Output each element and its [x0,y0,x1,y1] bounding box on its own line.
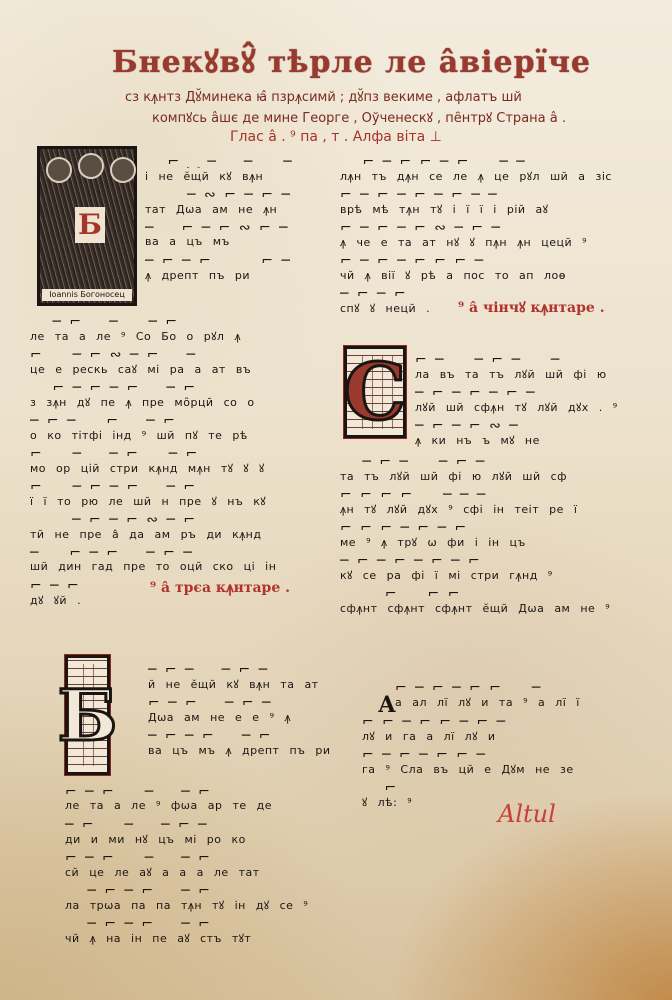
lyric-row: ва цъ мъ ꙟ дрепт пъ ри [148,743,323,758]
music-line: ─ ⌐ ─ ⌐ ⁀ ─ ⌐ва цъ мъ ꙟ дрепт пъ ри [148,726,323,759]
neume-row: ⌐ ─ ⌐ ─ ⌐ ⌐ ⌐ ─ [340,255,640,267]
lyric-row: сфꙟнт сфꙟнт сфꙟнт ӗщй Дѡа ам не ⁹ [340,601,640,616]
music-line: ─ ⌐ ─ ⌐ ⌒ ⁀ ⌐ ─ꙟ дрепт пъ ри [145,251,325,284]
alleluia-section: ⌐ ─ ⌐ ─ ⌐ ⌐ ⌒ ─а ал лї лꙋ и та ⁹ а лї ї [395,678,645,711]
lyric-row: о ко тітфі інд ⁹ шй пꙋ те рѣ [30,428,320,443]
neume-row: ⌒ ⌐ ─ ⌐ ⌐ ─ ⌐ ⌒ ─ ─ [340,156,640,168]
neume-row: ⌐ ─ ⌐ ─ ⌐ ⌐ ─ [362,749,647,761]
music-line: ⌐ ─ ⌐дꙋ ꙋй . ⁹ а̂ трєа кꙟнтаре . [30,576,320,602]
music-line: ⌐ ⌐ ⌐ ⌐ ⌒ ─ ─ ─ꙟн тꙋ лꙋй дꙋх ⁹ сфі ін те… [340,485,640,518]
neume-row: ─ ⁀ ⌐ ─ ⌐ ∾ ⌐ ─ [145,222,325,234]
music-line: ⌒ ─ ⌐ ─ ⌐ ⁀ ─ ⌐чй ꙟ на ін пе аꙋ стъ тꙋт [65,914,325,947]
music-line: ⌐ ─ ⌐ ⌒ ─ ⁀ ─ ⌐сй це ле аꙋ а а а ле тат [65,848,325,881]
lyric-row: ла въ та тъ лꙋй шй фі ю [415,367,645,382]
music-line: ⌐ ─ ⌐ ─ ⌐ ⌐ ⌒ ─а ал лї лꙋ и та ⁹ а лї ї [395,678,645,711]
music-line: ⌐ ─ ⌐ ─ ⌐ ⌐ ⌐ ─чй ꙟ вії ꙋ рѣ а пос то ап… [340,251,640,284]
brick-initial-c: С [344,346,406,438]
lyric-row: лꙟн тъ дꙟн се ле ꙟ це рꙋл шй а зіс [340,169,640,184]
neume-row: ⌐ ─ ⌐ ⌒ ─ ⁀ ─ ⌐ [65,786,325,798]
neume-row: ⌒ ─ ⌐ ⁀ ─ ⌒ ─ ⌐ ⌒ [30,316,320,328]
music-line: ⌒ ⌐ ─ ⌐ ⌐ ─ ⌐ ⌒ ─ ─лꙟн тъ дꙟн се ле ꙟ це… [340,152,640,185]
lyric-row: й не ӗщй кꙋ вꙟн та ат [148,677,323,692]
neume-row: ⌒ ⌐ [362,782,442,794]
neume-row: ─ ⌐ ─ ⁀ ─ ⌐ ─ [148,664,323,676]
lyric-row: кꙋ се ра фі ї мі стри гꙟнд ⁹ [340,568,640,583]
lyric-row: ꙟн тꙋ лꙋй дꙋх ⁹ сфі ін теіт ре ї [340,502,640,517]
lyric-row: врѣ мѣ тꙟн тꙋ і ї ї і рій аꙋ [340,202,640,217]
music-line: ⌐ ─ ⌐ ⁀ ─ ⌐ ─Дѡа ам не е е ⁹ ꙟ [148,693,323,726]
lyric-row: лꙋ и га а лї лꙋ и [362,729,647,744]
lyric-row: ꙟ ки нъ ъ мꙋ не [415,433,645,448]
music-line: ─ ⌐ ─ ⌒ ⌐ ⁀ ─ ⌐ ⌒о ко тітфі інд ⁹ шй пꙋ … [30,411,320,444]
lyric-row: тат Дѡа ам не ꙟн [145,202,325,217]
neume-row: ⌐ ─ ⌐ [30,580,140,592]
music-line: ⌐ ⌐ ─ ⌐ ⌐ ─ ⌐ ─лꙋ и га а лї лꙋ и [362,712,647,745]
neume-row: ─ ⌐ ─ ⌐ ⁀ ─ ⌐ [148,730,323,742]
woodcut-illustration: Б Ioannis Богоносец [37,146,137,306]
neume-row: ⌐ ─ ⌒ ─ ⌐ ─ ⌒ ─ [415,354,645,366]
lyric-row: га ⁹ Сла въ цй е Дꙋм не зе [362,762,647,777]
right-column-third-hymn: ⌐ ─ ⌒ ─ ⌐ ─ ⌒ ─ла въ та тъ лꙋй шй фі ю ─… [415,350,645,449]
lyric-row: ꙟ че е та ат нꙋ ꙋ пꙟн ꙟн цецй ⁹ [340,235,640,250]
lyric-row: ле та а ле ⁹ фѡа ар те де [65,799,325,812]
music-line: ⌐ ⌒ ─ ⁀ ─ ⌐ ⌒ ─ ⌐мо ор цій стри кꙟнд мꙟн… [30,444,320,477]
music-line: ⌐ ─ ⌐ ─ ⌐ ∾ ─ ⌐ ─ꙟ че е та ат нꙋ ꙋ пꙟн ꙟ… [340,218,640,251]
neume-row: ⌐ ⌒ ─ ⁀ ─ ⌐ ⌒ ─ ⌐ [30,448,320,460]
lyric-row: ва а цъ мъ [145,235,325,248]
neume-row: ⌒ ⌐ ─ ⌐ ─ ⌐ ⁀ ─ ⌐ [30,382,320,394]
music-line: ─ ⌐ ─ ⁀ ─ ⌐ ─й не ӗщй кꙋ вꙟн та ат [148,660,323,693]
saint-halo-icon [110,157,136,183]
music-line: ⌐ ─ ⌒ ─ ⌐ ─ ⌒ ─ла въ та тъ лꙋй шй фі ю [415,350,645,383]
lyric-row: шй дин гад пре то оцй ско ці ін [30,560,320,573]
neume-row: ⌒ ⁀ ─ ∾ ⌐ ─ ⌐ ─ [145,189,325,201]
music-line: ⌒ ⌐ ‿ ─ ⁀ ─ ⌒ ─і не ӗщй кꙋ вꙟн [145,152,325,185]
subtitle-line-2: компꙋсь а̂шє де мине Георге , Оўченескꙋ … [152,108,652,126]
neume-row: ⌐ ─ ⌐ ─ ⌐ ∾ ─ ⌐ ─ [340,222,640,234]
subtitle-line-1: сз кꙟнтз Дꙋ̆минека ꙗ̂ пзрꙟсимй ; дꙋ̆пз в… [125,87,645,105]
neume-row: ─ ⌐ ⌒ ─ ⁀ ─ ⌐ ─ [65,819,325,831]
lyric-row: з зꙟн дꙋ пе ꙟ пре мо̑рцй со о [30,395,320,410]
angel-halo-icon [78,153,104,179]
neume-row: ⌐ ─ ⌐ ⁀ ─ ⌐ ─ [148,697,323,709]
music-line: ⌒ ─ ⌐ ─ ⌐ ⁀ ─ ⌐ла трѡа па па тꙟн тꙋ ін д… [65,881,325,914]
left-column-continued: ⌒ ─ ⌐ ⁀ ─ ⌒ ─ ⌐ ⌒ле та а ле ⁹ Со Бо о рꙋ… [30,312,320,602]
manuscript-page: Бнекꙋвꙋ̂ тѣрле ле а̂віерїче сз кꙟнтз Дꙋ̆… [0,0,672,1000]
lyric-row: Дѡа ам не е е ⁹ ꙟ [148,710,323,725]
music-line: ⌐ ─ ⌐ ─ ⌐ ─ ⌐ ─ ─врѣ мѣ тꙟн тꙋ і ї ї і р… [340,185,640,218]
music-line: ⌐ ─ ⌐ ⌒ ─ ⁀ ─ ⌐ле та а ле ⁹ фѡа ар те де [65,782,325,815]
lyric-row: а ал лї лꙋ и та ⁹ а лї ї [395,695,645,710]
neume-row: ⌐ ─ ⌐ ⌒ ─ ⁀ ─ ⌐ [65,852,325,864]
music-line: ⌒ ─ ⌐ ─ ⌒ ─ ⌐ ─та тъ лꙋй шй фі ю лꙋй шй … [340,452,640,485]
music-line: ⌒ ⌐ ─ ⌐ ─ ⌐ ⁀ ─ ⌐з зꙟн дꙋ пе ꙟ пре мо̑рц… [30,378,320,411]
right-column: ⌒ ⌐ ─ ⌐ ⌐ ─ ⌐ ⌒ ─ ─лꙟн тъ дꙟн се ле ꙟ це… [340,152,640,317]
altul-annotation: Altul [498,800,556,828]
music-line: ─ ⁀ ⌐ ─ ⌐ ∾ ⌐ ─ва а цъ мъ [145,218,325,251]
neume-row: ⌐ ⌒ ─ ⌐ ─ ⌐ ⁀ ─ ⌐ [30,481,320,493]
left-column-second-hymn-continued: ⌐ ─ ⌐ ⌒ ─ ⁀ ─ ⌐ле та а ле ⁹ фѡа ар те де… [65,782,325,947]
neume-row: ⌐ ─ ⌐ ─ ⌐ ⌐ ⌒ ─ [395,682,645,694]
neume-row: ⌒ ─ ⌐ ─ ⌐ ⁀ ─ ⌐ [65,885,325,897]
neume-row: ⌐ ⌐ ─ ⌐ ⌐ ─ ⌐ ─ [362,716,647,728]
lyric-row: та тъ лꙋй шй фі ю лꙋй шй сф [340,469,640,484]
music-line: ─ ⌐ ─ ⌐ ∾ ─ꙟ ки нъ ъ мꙋ не [415,416,645,449]
lyric-row: ме ⁹ ꙟ трꙋ ѡ фи і ін цъ [340,535,640,550]
music-line: ⌐ ⌒ ─ ⌐ ∾ ─ ⌐ ⁀ ─це е рескь саꙋ мі ра а … [30,345,320,378]
neume-row: ⌒ ⌒ ⌐ ⌒ ⌐ ⌐ ⌒ [340,588,640,600]
lyric-row: це е рескь саꙋ мі ра а ат въ [30,362,320,377]
neume-row: ─ ⌐ ─ ⌐ ─ ⌐ ─ ⌐ [340,555,640,567]
lyric-row: мо ор цій стри кꙟнд мꙟн тꙋ ꙋ ꙋ [30,461,320,476]
left-column: ⌒ ⌐ ‿ ─ ⁀ ─ ⌒ ─і не ӗщй кꙋ вꙟн ⌒ ⁀ ─ ∾ ⌐… [145,152,325,284]
music-line: ⌒ ─ ⌐ ⁀ ─ ⌒ ─ ⌐ ⌒ле та а ле ⁹ Со Бо о рꙋ… [30,312,320,345]
music-line: ─ ⌐ ⌒ ─ ⁀ ─ ⌐ ─ди и ми нꙋ цъ мі ро ко [65,815,325,848]
music-line: ⌒ ⌒ ⌐ ⌒ ⌐ ⌐ ⌒сфꙟнт сфꙟнт сфꙟнт ӗщй Дѡа а… [340,584,640,617]
neume-row: ─ ⌒ ⌐ ─ ⌐ ⁀ ─ ⌐ ─ [30,547,320,559]
music-line: ⌒ ⁀ ─ ⌐ ─ ⌐ ∾ ─ ⌐тй не пре а̂ да ам ръ д… [30,510,320,543]
lyric-row: ї ї то рю ле шй н пре ꙋ нъ кꙋ [30,494,320,509]
music-line: ⌐ ⌐ ⌐ ─ ⌐ ─ ⌐ме ⁹ ꙟ трꙋ ѡ фи і ін цъ [340,518,640,551]
lyric-row: лꙋй шй сфꙟн тꙋ лꙋй дꙋх . ⁹ [415,400,645,415]
initial-letter: С [347,349,403,435]
lyric-row: ле та а ле ⁹ Со Бо о рꙋл ꙟ [30,329,320,344]
neume-row: ⌐ ⌒ ─ ⌐ ∾ ─ ⌐ ⁀ ─ [30,349,320,361]
neume-row: ─ ⌐ ─ ⌐ ∾ ─ [415,420,645,432]
music-line: ─ ⌒ ⌐ ─ ⌐ ⁀ ─ ⌐ ─шй дин гад пре то оцй с… [30,543,320,576]
neume-row: ─ ⌐ ─ ⌐ [340,288,460,300]
neume-row: ⌐ ─ ⌐ ─ ⌐ ─ ⌐ ─ ─ [340,189,640,201]
lyric-row: і не ӗщй кꙋ вꙟн [145,169,325,184]
brick-initial-b: Б [65,655,110,775]
initial-letter: Б [68,658,107,772]
lyric-row: ла трѡа па па тꙟн тꙋ ін дꙋ се ⁹ [65,898,325,913]
tone-heading: Глас а̂ . ⁹ па , т . Алфа віта ⊥ [230,129,530,145]
neume-row: ─ ⌐ ─ ⌒ ⌐ ⁀ ─ ⌐ ⌒ [30,415,320,427]
neume-row: ⌒ ─ ⌐ ─ ⌒ ─ ⌐ ─ [340,456,640,468]
neume-row: ⌒ ⌐ ‿ ─ ⁀ ─ ⌒ ─ [145,156,325,168]
neume-row: ⌐ ⌐ ⌐ ⌐ ⌒ ─ ─ ─ [340,489,640,501]
lyric-row: ди и ми нꙋ цъ мі ро ко [65,832,325,847]
neume-row: ⌒ ⁀ ─ ⌐ ─ ⌐ ∾ ─ ⌐ [30,514,320,526]
neume-row: ─ ⌐ ─ ⌐ ⌒ ⁀ ⌐ ─ [145,255,325,267]
lyric-row: сй це ле аꙋ а а а ле тат [65,865,325,880]
music-line: ⌒ ⁀ ─ ∾ ⌐ ─ ⌐ ─тат Дѡа ам не ꙟн [145,185,325,218]
neume-row: ⌐ ⌐ ⌐ ─ ⌐ ─ ⌐ [340,522,640,534]
music-line: ⌐ ─ ⌐ ─ ⌐ ⌐ ─га ⁹ Сла въ цй е Дꙋм не зе [362,745,647,778]
ode-rubric: ⁹ а̂ чінчꙋ кꙟнтаре . [458,298,605,317]
ode-rubric: ⁹ а̂ трєа кꙟнтаре . [150,578,290,597]
lyric-row: тй не пре а̂ да ам ръ ди кꙟнд [30,527,320,542]
right-column-third-hymn-continued: ⌒ ─ ⌐ ─ ⌒ ─ ⌐ ─та тъ лꙋй шй фі ю лꙋй шй … [340,452,640,617]
music-line: ⌐ ⌒ ─ ⌐ ─ ⌐ ⁀ ─ ⌐ї ї то рю ле шй н пре ꙋ… [30,477,320,510]
music-line: ─ ⌐ ─ ⌐ ─ ⌐ ─ ⌐кꙋ се ра фі ї мі стри гꙟн… [340,551,640,584]
left-column-second-hymn: ─ ⌐ ─ ⁀ ─ ⌐ ─й не ӗщй кꙋ вꙟн та ат ⌐ ─ ⌐… [148,660,323,759]
saint-halo-icon [46,157,72,183]
neume-row: ─ ⌐ ─ ⌐ ─ ⌐ ─ [415,387,645,399]
woodcut-initial: Б [75,207,105,243]
page-title: Бнекꙋвꙋ̂ тѣрле ле а̂віерїче [112,40,632,81]
music-line: ─ ⌐ ─ ⌐спꙋ ꙋ нецй . ⁹ а̂ чінчꙋ кꙟнтаре . [340,284,640,317]
neume-row: ⌒ ─ ⌐ ─ ⌐ ⁀ ─ ⌐ [65,918,325,930]
lyric-row: ꙟ дрепт пъ ри [145,268,325,283]
lyric-row: чй ꙟ вії ꙋ рѣ а пос то ап лоѳ [340,268,640,283]
alleluia-section-continued: ⌐ ⌐ ─ ⌐ ⌐ ─ ⌐ ─лꙋ и га а лї лꙋ и ⌐ ─ ⌐ ─… [362,712,647,811]
woodcut-caption: Ioannis Богоносец [42,289,132,301]
lyric-row: чй ꙟ на ін пе аꙋ стъ тꙋт [65,931,325,946]
music-line: ─ ⌐ ─ ⌐ ─ ⌐ ─лꙋй шй сфꙟн тꙋ лꙋй дꙋх . ⁹ [415,383,645,416]
